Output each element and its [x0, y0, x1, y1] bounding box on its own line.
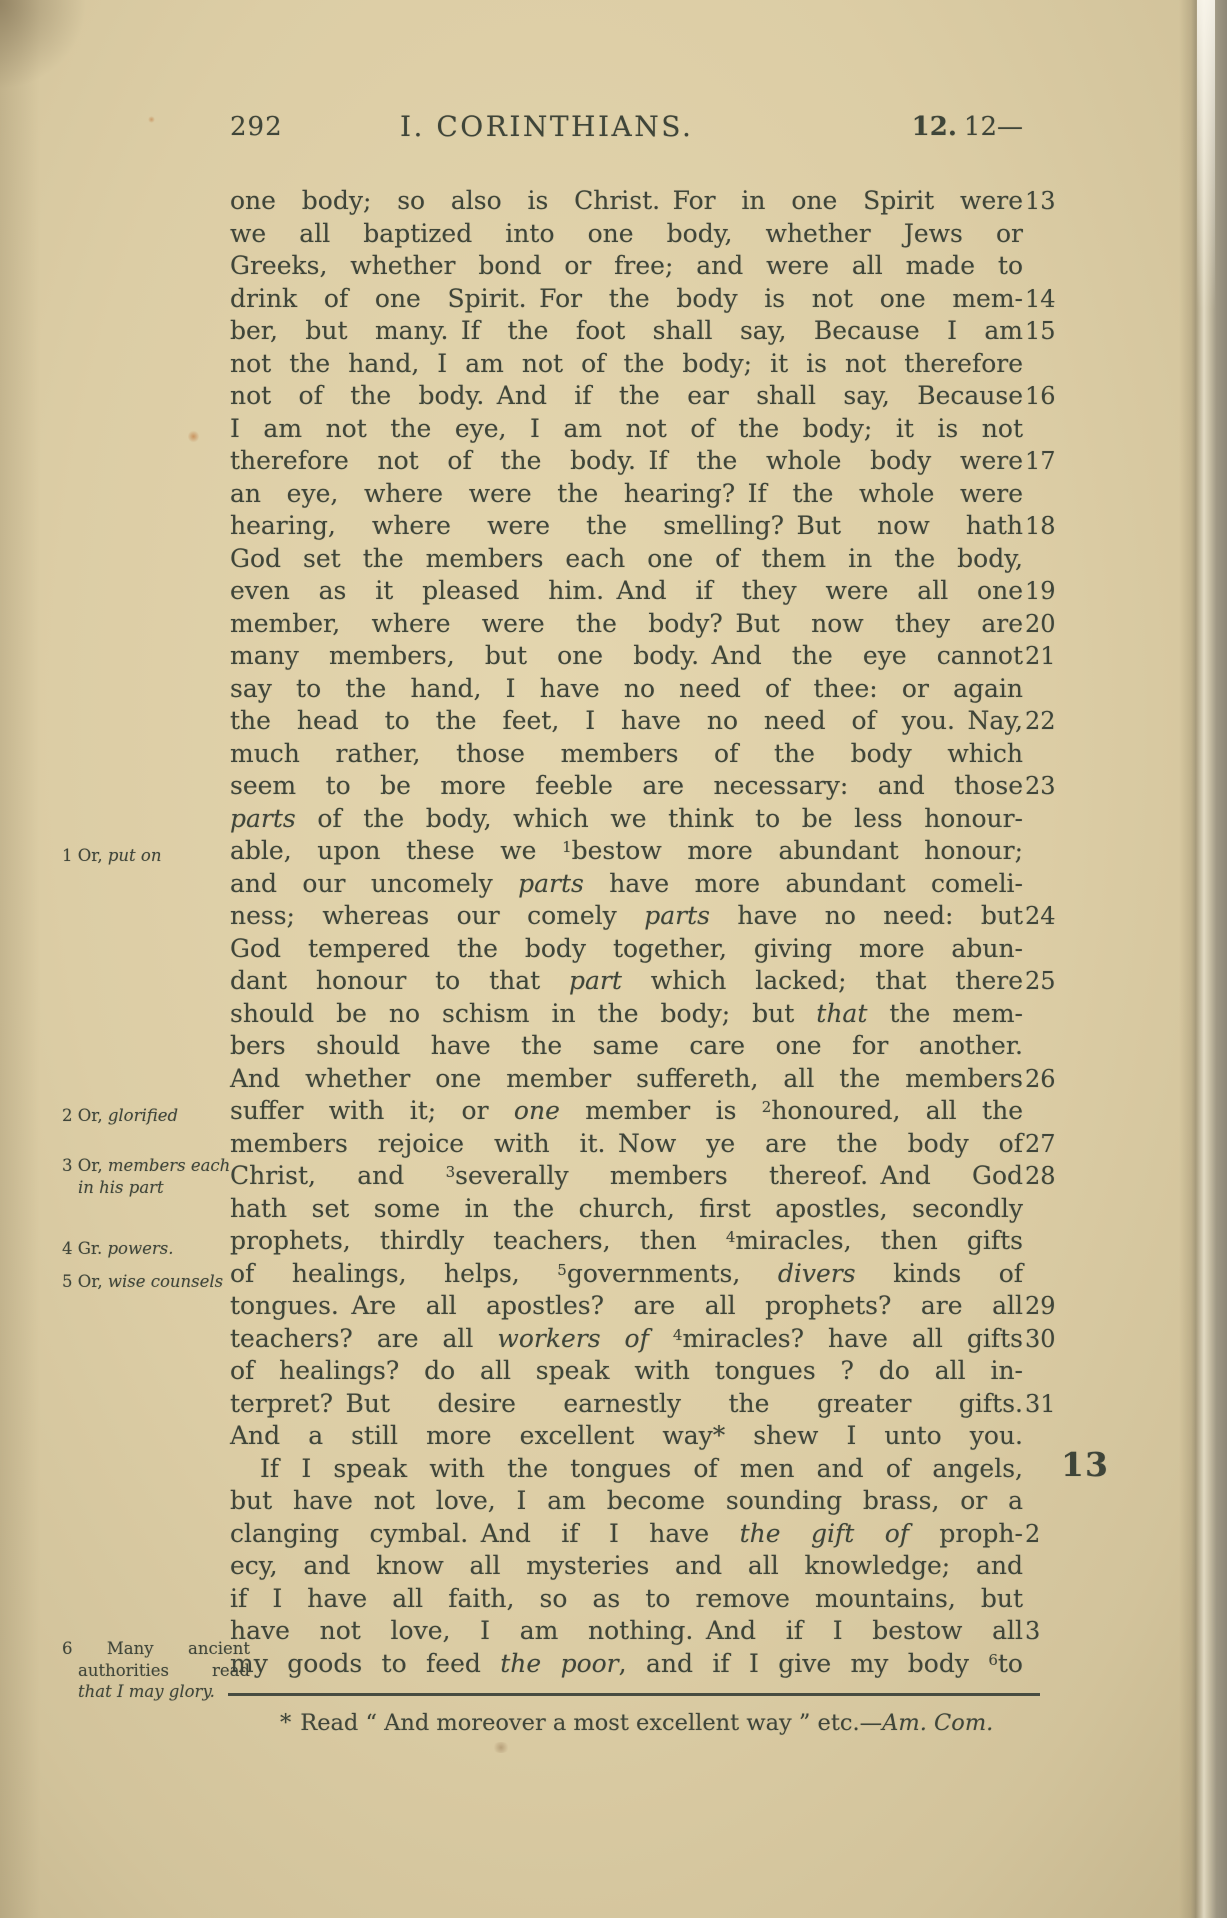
text-run: an eye, where were the hearing? If the w…: [230, 479, 1023, 508]
verse-number: 25: [1025, 965, 1073, 998]
body-line: my goods to feed the poor, and if I give…: [230, 1648, 1023, 1681]
body-line: And whether one member suffereth, all th…: [230, 1063, 1023, 1096]
text-run: not the hand, I am not of the body; it i…: [230, 349, 1023, 378]
text-run: hath set some in the church, first apost…: [230, 1194, 1023, 1223]
verse-number: 20: [1025, 608, 1073, 641]
margin-note: 5 Or, wise counsels: [62, 1271, 250, 1293]
verse-number: 28: [1025, 1160, 1073, 1193]
footnote-ref-number: 6: [988, 1651, 998, 1669]
italic-text: one: [514, 1096, 560, 1125]
margin-note-marker: 5: [62, 1272, 78, 1291]
italic-text: powers.: [108, 1239, 174, 1258]
text-run: should be no schism in the body; but: [230, 999, 816, 1028]
text-run: many members, but one body. And the eye …: [230, 641, 1023, 670]
body-line: have not love, I am nothing. And if I be…: [230, 1615, 1023, 1648]
book-page-scan: 292 I. CORINTHIANS. 12.12— one body; so …: [0, 0, 1227, 1918]
body-line: I am not the eye, I am not of the body; …: [230, 413, 1023, 446]
verse-number: 13: [1025, 185, 1073, 218]
running-title: I. CORINTHIANS.: [400, 110, 693, 143]
text-run: much rather, those members of the body w…: [230, 739, 1023, 768]
verse-number: 29: [1025, 1290, 1073, 1323]
body-line: even as it pleased him. And if they were…: [230, 575, 1023, 608]
body-line: dant honour to that part which lacked; t…: [230, 965, 1023, 998]
text-run: I am not the eye, I am not of the body; …: [230, 414, 1023, 443]
body-line: Christ, and 3severally members thereof. …: [230, 1160, 1023, 1193]
text-run: teachers? are all: [230, 1324, 497, 1353]
text-run: but have not love, I am become sounding …: [230, 1486, 1023, 1515]
chapter-verse-reference: 12.12—: [912, 112, 1023, 142]
text-run: even as it pleased him. And if they were…: [230, 576, 1023, 605]
text-run: member, where were the body? But now the…: [230, 609, 1023, 638]
body-line: say to the hand, I have no need of thee:…: [230, 673, 1023, 706]
body-line: but have not love, I am become sounding …: [230, 1485, 1023, 1518]
body-line: hath set some in the church, first apost…: [230, 1193, 1023, 1226]
italic-text: parts: [644, 901, 710, 930]
body-line: not the hand, I am not of the body; it i…: [230, 348, 1023, 381]
italic-text: divers: [778, 1259, 856, 1288]
margin-note: 4 Gr. powers.: [62, 1238, 250, 1260]
footnote-ref-number: 1: [562, 838, 572, 856]
italic-text: that: [816, 999, 867, 1028]
footnote-ref-number: 3: [446, 1163, 456, 1181]
text-run: miracles, then gifts: [735, 1226, 1023, 1255]
verse-number: 16: [1025, 380, 1073, 413]
text-run: dant honour to that: [230, 966, 569, 995]
text-run: not of the body. And if the ear shall sa…: [230, 381, 1023, 410]
body-line: ness; whereas our comely parts have no n…: [230, 900, 1023, 933]
verse-number: 27: [1025, 1128, 1073, 1161]
text-run: one body; so also is Christ. For in one …: [230, 186, 1023, 215]
text-run: [649, 1324, 673, 1353]
margin-note: 1 Or, put on: [62, 845, 250, 867]
text-run: terpret? But desire earnestly the greate…: [230, 1389, 1023, 1418]
body-line: ber, but many. If the foot shall say, Be…: [230, 315, 1023, 348]
text-run: we all baptized into one body, whether J…: [230, 219, 1023, 248]
italic-text: the gift of: [740, 1519, 909, 1548]
body-line: Greeks, whether bond or free; and were a…: [230, 250, 1023, 283]
text-run: severally members thereof. And God: [455, 1161, 1023, 1190]
page-header: 292 I. CORINTHIANS. 12.12—: [230, 110, 1023, 144]
margin-note-marker: 4: [62, 1239, 78, 1258]
body-line: should be no schism in the body; but tha…: [230, 998, 1023, 1031]
verse-number: 14: [1025, 283, 1073, 316]
text-run: the head to the feet, I have no need of …: [230, 706, 1023, 735]
body-line: tongues. Are all apostles? are all proph…: [230, 1290, 1023, 1323]
paper-speck: [492, 1742, 510, 1753]
body-line: able, upon these we 1bestow more abundan…: [230, 835, 1023, 868]
text-run: Christ, and: [230, 1161, 446, 1190]
chapter-number: 13: [1031, 1449, 1079, 1482]
italic-text: glorified: [108, 1106, 178, 1125]
text-run: God tempered the body together, giving m…: [230, 934, 1023, 963]
italic-text: put on: [108, 846, 162, 865]
text-run: If I speak with the tongues of men and o…: [260, 1454, 1023, 1483]
text-run: of the body, which we think to be less h…: [296, 804, 1023, 833]
text-run: have more abundant comeli-: [584, 869, 1023, 898]
text-run: Or,: [78, 1272, 108, 1291]
text-run: therefore not of the body. If the whole …: [230, 446, 1023, 475]
body-line: clanging cymbal. And if I have the gift …: [230, 1518, 1023, 1551]
verse-number: 24: [1025, 900, 1073, 933]
text-run: my goods to feed: [230, 1649, 500, 1678]
text-run: the mem-: [867, 999, 1023, 1028]
footnote-marker: *: [280, 1710, 291, 1736]
text-run: , and if I give my body: [619, 1649, 989, 1678]
body-line: seem to be more feeble are necessary: an…: [230, 770, 1023, 803]
reference-chapter: 12.: [912, 112, 957, 142]
margin-notes: 1 Or, put on2 Or, glorified3 Or, members…: [0, 0, 230, 1918]
text-run: tongues. Are all apostles? are all proph…: [230, 1291, 1023, 1320]
text-run: of healings, helps,: [230, 1259, 557, 1288]
footnote-ref-number: 2: [762, 1098, 772, 1116]
footnote-text: Read “ And moreover a most excellent way…: [300, 1710, 882, 1736]
body-line: not of the body. And if the ear shall sa…: [230, 380, 1023, 413]
text-run: if I have all faith, so as to remove mou…: [230, 1584, 1023, 1613]
footnote-ref-number: 5: [557, 1261, 567, 1279]
body-line: one body; so also is Christ. For in one …: [230, 185, 1023, 218]
footnote-ref-number: 4: [726, 1228, 736, 1246]
verse-number: 19: [1025, 575, 1073, 608]
verse-number: 31: [1025, 1388, 1073, 1421]
italic-text: part: [569, 966, 622, 995]
text-run: Gr.: [78, 1239, 108, 1258]
body-line: terpret? But desire earnestly the greate…: [230, 1388, 1023, 1421]
margin-note: 6 Many ancient authorities read that I m…: [62, 1638, 250, 1703]
italic-text: workers of: [497, 1324, 648, 1353]
text-column: one body; so also is Christ. For in one …: [230, 185, 1023, 1680]
margin-note-marker: 1: [62, 846, 78, 865]
body-line: much rather, those members of the body w…: [230, 738, 1023, 771]
body-line: we all baptized into one body, whether J…: [230, 218, 1023, 251]
verse-number: 15: [1025, 315, 1073, 348]
reference-verses: 12—: [964, 112, 1023, 142]
footnote-ref-number: 4: [673, 1326, 683, 1344]
page-edge-highlight: [1197, 0, 1215, 310]
text-run: hearing, where were the smelling? But no…: [230, 511, 1023, 540]
italic-text: parts: [518, 869, 584, 898]
text-run: prophets, thirdly teachers, then: [230, 1226, 726, 1255]
verse-number: 18: [1025, 510, 1073, 543]
text-run: drink of one Spirit. For the body is not…: [230, 284, 1023, 313]
text-run: members rejoice with it. Now ye are the …: [230, 1129, 1023, 1158]
body-line: the head to the feet, I have no need of …: [230, 705, 1023, 738]
text-run: say to the hand, I have no need of thee:…: [230, 674, 1023, 703]
text-run: seem to be more feeble are necessary: an…: [230, 771, 1023, 800]
body-line: parts of the body, which we think to be …: [230, 803, 1023, 836]
margin-note: 2 Or, glorified: [62, 1105, 250, 1127]
verse-number: 23: [1025, 770, 1073, 803]
body-line: and our uncomely parts have more abundan…: [230, 868, 1023, 901]
text-run: bers should have the same care one for a…: [230, 1031, 1023, 1060]
text-run: member is: [560, 1096, 762, 1125]
margin-note: 3 Or, members each in his part: [62, 1155, 250, 1198]
margin-note-marker: 3: [62, 1156, 78, 1175]
body-line: prophets, thirdly teachers, then 4miracl…: [230, 1225, 1023, 1258]
verse-number: 26: [1025, 1063, 1073, 1096]
text-run: bestow more abundant honour;: [572, 836, 1023, 865]
text-run: miracles? have all gifts: [682, 1324, 1023, 1353]
footnote: *Read “ And moreover a most excellent wa…: [230, 1708, 1092, 1738]
verse-number: 17: [1025, 445, 1073, 478]
text-run: proph-: [909, 1519, 1023, 1548]
margin-note-marker: 6: [62, 1639, 107, 1658]
margin-note-marker: 2: [62, 1106, 78, 1125]
text-run: ecy, and know all mysteries and all know…: [230, 1551, 1023, 1580]
text-run: God set the members each one of them in …: [230, 544, 1023, 573]
body-line: member, where were the body? But now the…: [230, 608, 1023, 641]
page-number: 292: [230, 112, 283, 142]
text-run: ness; whereas our comely: [230, 901, 644, 930]
text-run: able, upon these we: [230, 836, 562, 865]
text-run: kinds of: [856, 1259, 1023, 1288]
text-run: have not love, I am nothing. And if I be…: [230, 1616, 1023, 1645]
text-run: governments,: [567, 1259, 778, 1288]
text-run: Or,: [78, 1156, 108, 1175]
body-line: God set the members each one of them in …: [230, 543, 1023, 576]
footnote-source: Am. Com.: [882, 1710, 993, 1736]
body-line: drink of one Spirit. For the body is not…: [230, 283, 1023, 316]
verse-number: 3: [1025, 1615, 1073, 1648]
body-line: therefore not of the body. If the whole …: [230, 445, 1023, 478]
text-run: And whether one member suffereth, all th…: [230, 1064, 1023, 1093]
text-run: suffer with it; or: [230, 1096, 514, 1125]
body-line: And a still more excellent way* shew I u…: [230, 1420, 1023, 1453]
verse-number: 30: [1025, 1323, 1073, 1356]
text-run: And a still more excellent way* shew I u…: [230, 1421, 1023, 1450]
text-run: honoured, all the: [771, 1096, 1023, 1125]
body-line: if I have all faith, so as to remove mou…: [230, 1583, 1023, 1616]
body-line: ecy, and know all mysteries and all know…: [230, 1550, 1023, 1583]
verse-number: 2: [1025, 1518, 1073, 1551]
italic-text: the poor: [500, 1649, 618, 1678]
text-run: clanging cymbal. And if I have: [230, 1519, 740, 1548]
body-line: many members, but one body. And the eye …: [230, 640, 1023, 673]
text-run: Or,: [78, 1106, 108, 1125]
text-run: to: [998, 1649, 1023, 1678]
body-line: If I speak with the tongues of men and o…: [230, 1453, 1023, 1486]
body-line: an eye, where were the hearing? If the w…: [230, 478, 1023, 511]
footnote-rule: [228, 1693, 1040, 1696]
body-line: of healings, helps, 5governments, divers…: [230, 1258, 1023, 1291]
body-line: members rejoice with it. Now ye are the …: [230, 1128, 1023, 1161]
body-line: of healings? do all speak with tongues ?…: [230, 1355, 1023, 1388]
text-run: and our uncomely: [230, 869, 518, 898]
text-run: Or,: [78, 846, 108, 865]
italic-text: wise counsels: [108, 1272, 223, 1291]
text-run: of healings? do all speak with tongues ?…: [230, 1356, 1023, 1385]
text-run: have no need: but: [710, 901, 1023, 930]
body-line: bers should have the same care one for a…: [230, 1030, 1023, 1063]
body-line: hearing, where were the smelling? But no…: [230, 510, 1023, 543]
verse-number: 22: [1025, 705, 1073, 738]
body-line: suffer with it; or one member is 2honour…: [230, 1095, 1023, 1128]
text-run: which lacked; that there: [622, 966, 1023, 995]
italic-text: that I may glory.: [78, 1682, 215, 1701]
verse-number: 21: [1025, 640, 1073, 673]
text-run: Greeks, whether bond or free; and were a…: [230, 251, 1023, 280]
italic-text: parts: [230, 804, 296, 833]
body-line: God tempered the body together, giving m…: [230, 933, 1023, 966]
text-run: ber, but many. If the foot shall say, Be…: [230, 316, 1023, 345]
body-line: teachers? are all workers of 4miracles? …: [230, 1323, 1023, 1356]
